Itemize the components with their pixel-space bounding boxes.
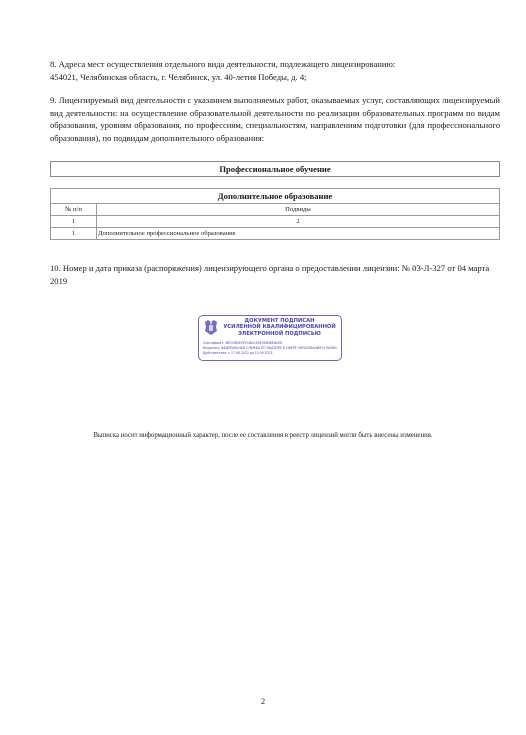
table-professional-title: Профессиональное обучение xyxy=(51,162,500,177)
table-row: 1 Дополнительное профессиональное образо… xyxy=(51,228,500,240)
electronic-signature-stamp: ДОКУМЕНТ ПОДПИСАН УСИЛЕННОЙ КВАЛИФИЦИРОВ… xyxy=(198,315,342,361)
header-subtypes: Подвиды xyxy=(97,204,500,216)
column-number-1: 1 xyxy=(51,216,97,228)
section-8-addresses: 8. Адреса мест осуществления отдельного … xyxy=(50,58,500,83)
table-additional-education: Дополнительное образование № п/п Подвиды… xyxy=(50,188,500,240)
row-number: 1 xyxy=(51,228,97,240)
table-header-row: № п/п Подвиды xyxy=(51,204,500,216)
section-8-heading: 8. Адреса мест осуществления отдельного … xyxy=(50,58,500,71)
stamp-details: Сертификат: 3BF20B9EOFEO8ACE5E9AB98E8AO6… xyxy=(203,341,338,356)
coat-of-arms-icon xyxy=(204,320,218,336)
header-number: № п/п xyxy=(51,204,97,216)
section-8-address: 454021, Челябинская область, г. Челябинс… xyxy=(50,71,500,84)
section-10-order: 10. Номер и дата приказа (распоряжения) … xyxy=(50,262,500,287)
column-number-2: 2 xyxy=(97,216,500,228)
stamp-validity: Действителен: с 17.06.2022 до 10.09.2023 xyxy=(203,351,338,356)
stamp-heading: ДОКУМЕНТ ПОДПИСАН УСИЛЕННОЙ КВАЛИФИЦИРОВ… xyxy=(221,318,338,337)
disclaimer-note: Выписка носит информационный характер, п… xyxy=(0,432,526,439)
page-number: 2 xyxy=(0,696,526,706)
row-subtype: Дополнительное профессиональное образова… xyxy=(97,228,500,240)
stamp-line-2: УСИЛЕННОЙ КВАЛИФИЦИРОВАННОЙ xyxy=(221,324,338,330)
document-page: 8. Адреса мест осуществления отдельного … xyxy=(0,0,526,735)
section-9-activity: 9. Лицензируемый вид деятельности с указ… xyxy=(50,94,500,144)
table-column-numbers-row: 1 2 xyxy=(51,216,500,228)
table-additional-title: Дополнительное образование xyxy=(51,189,500,204)
stamp-line-3: ЭЛЕКТРОННОЙ ПОДПИСЬЮ xyxy=(221,331,338,337)
table-professional-training: Профессиональное обучение xyxy=(50,161,500,177)
